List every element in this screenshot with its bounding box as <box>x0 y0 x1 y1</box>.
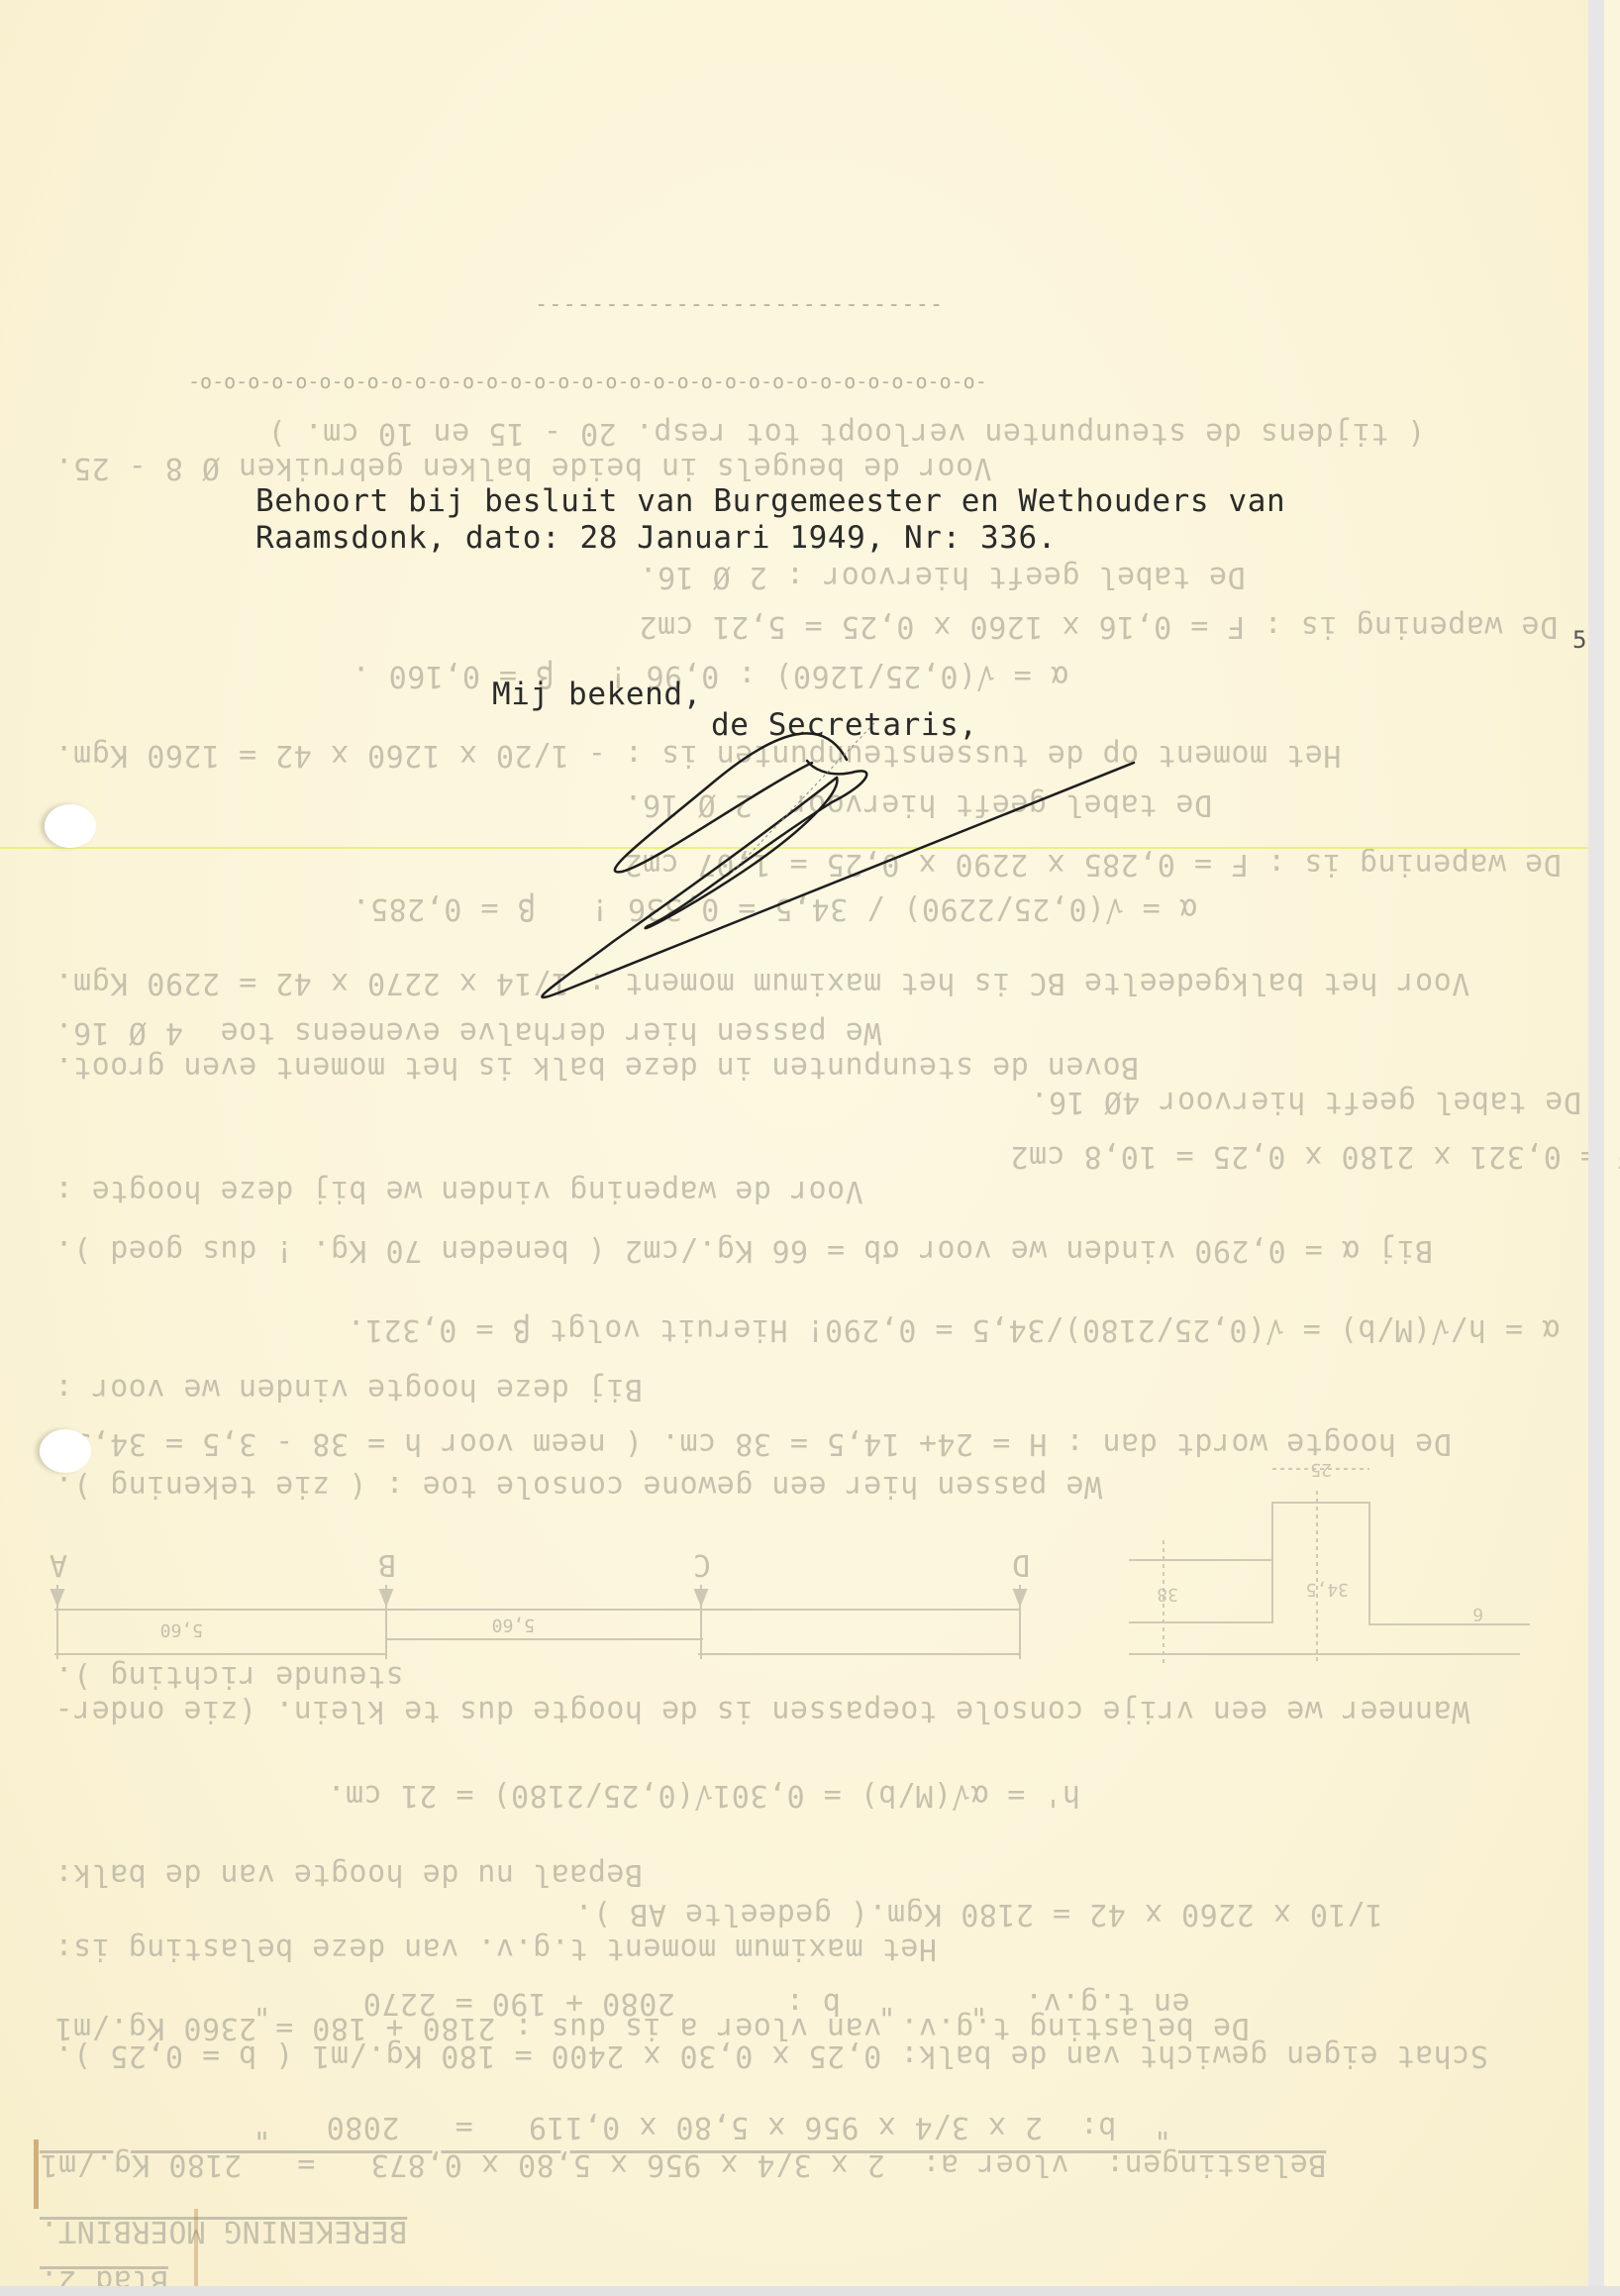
page-edge <box>1588 0 1604 2296</box>
signature <box>0 0 1620 2296</box>
page-edge <box>0 2286 1620 2296</box>
document-page: ----------------------------- -o-o-o-o-o… <box>0 0 1604 2296</box>
